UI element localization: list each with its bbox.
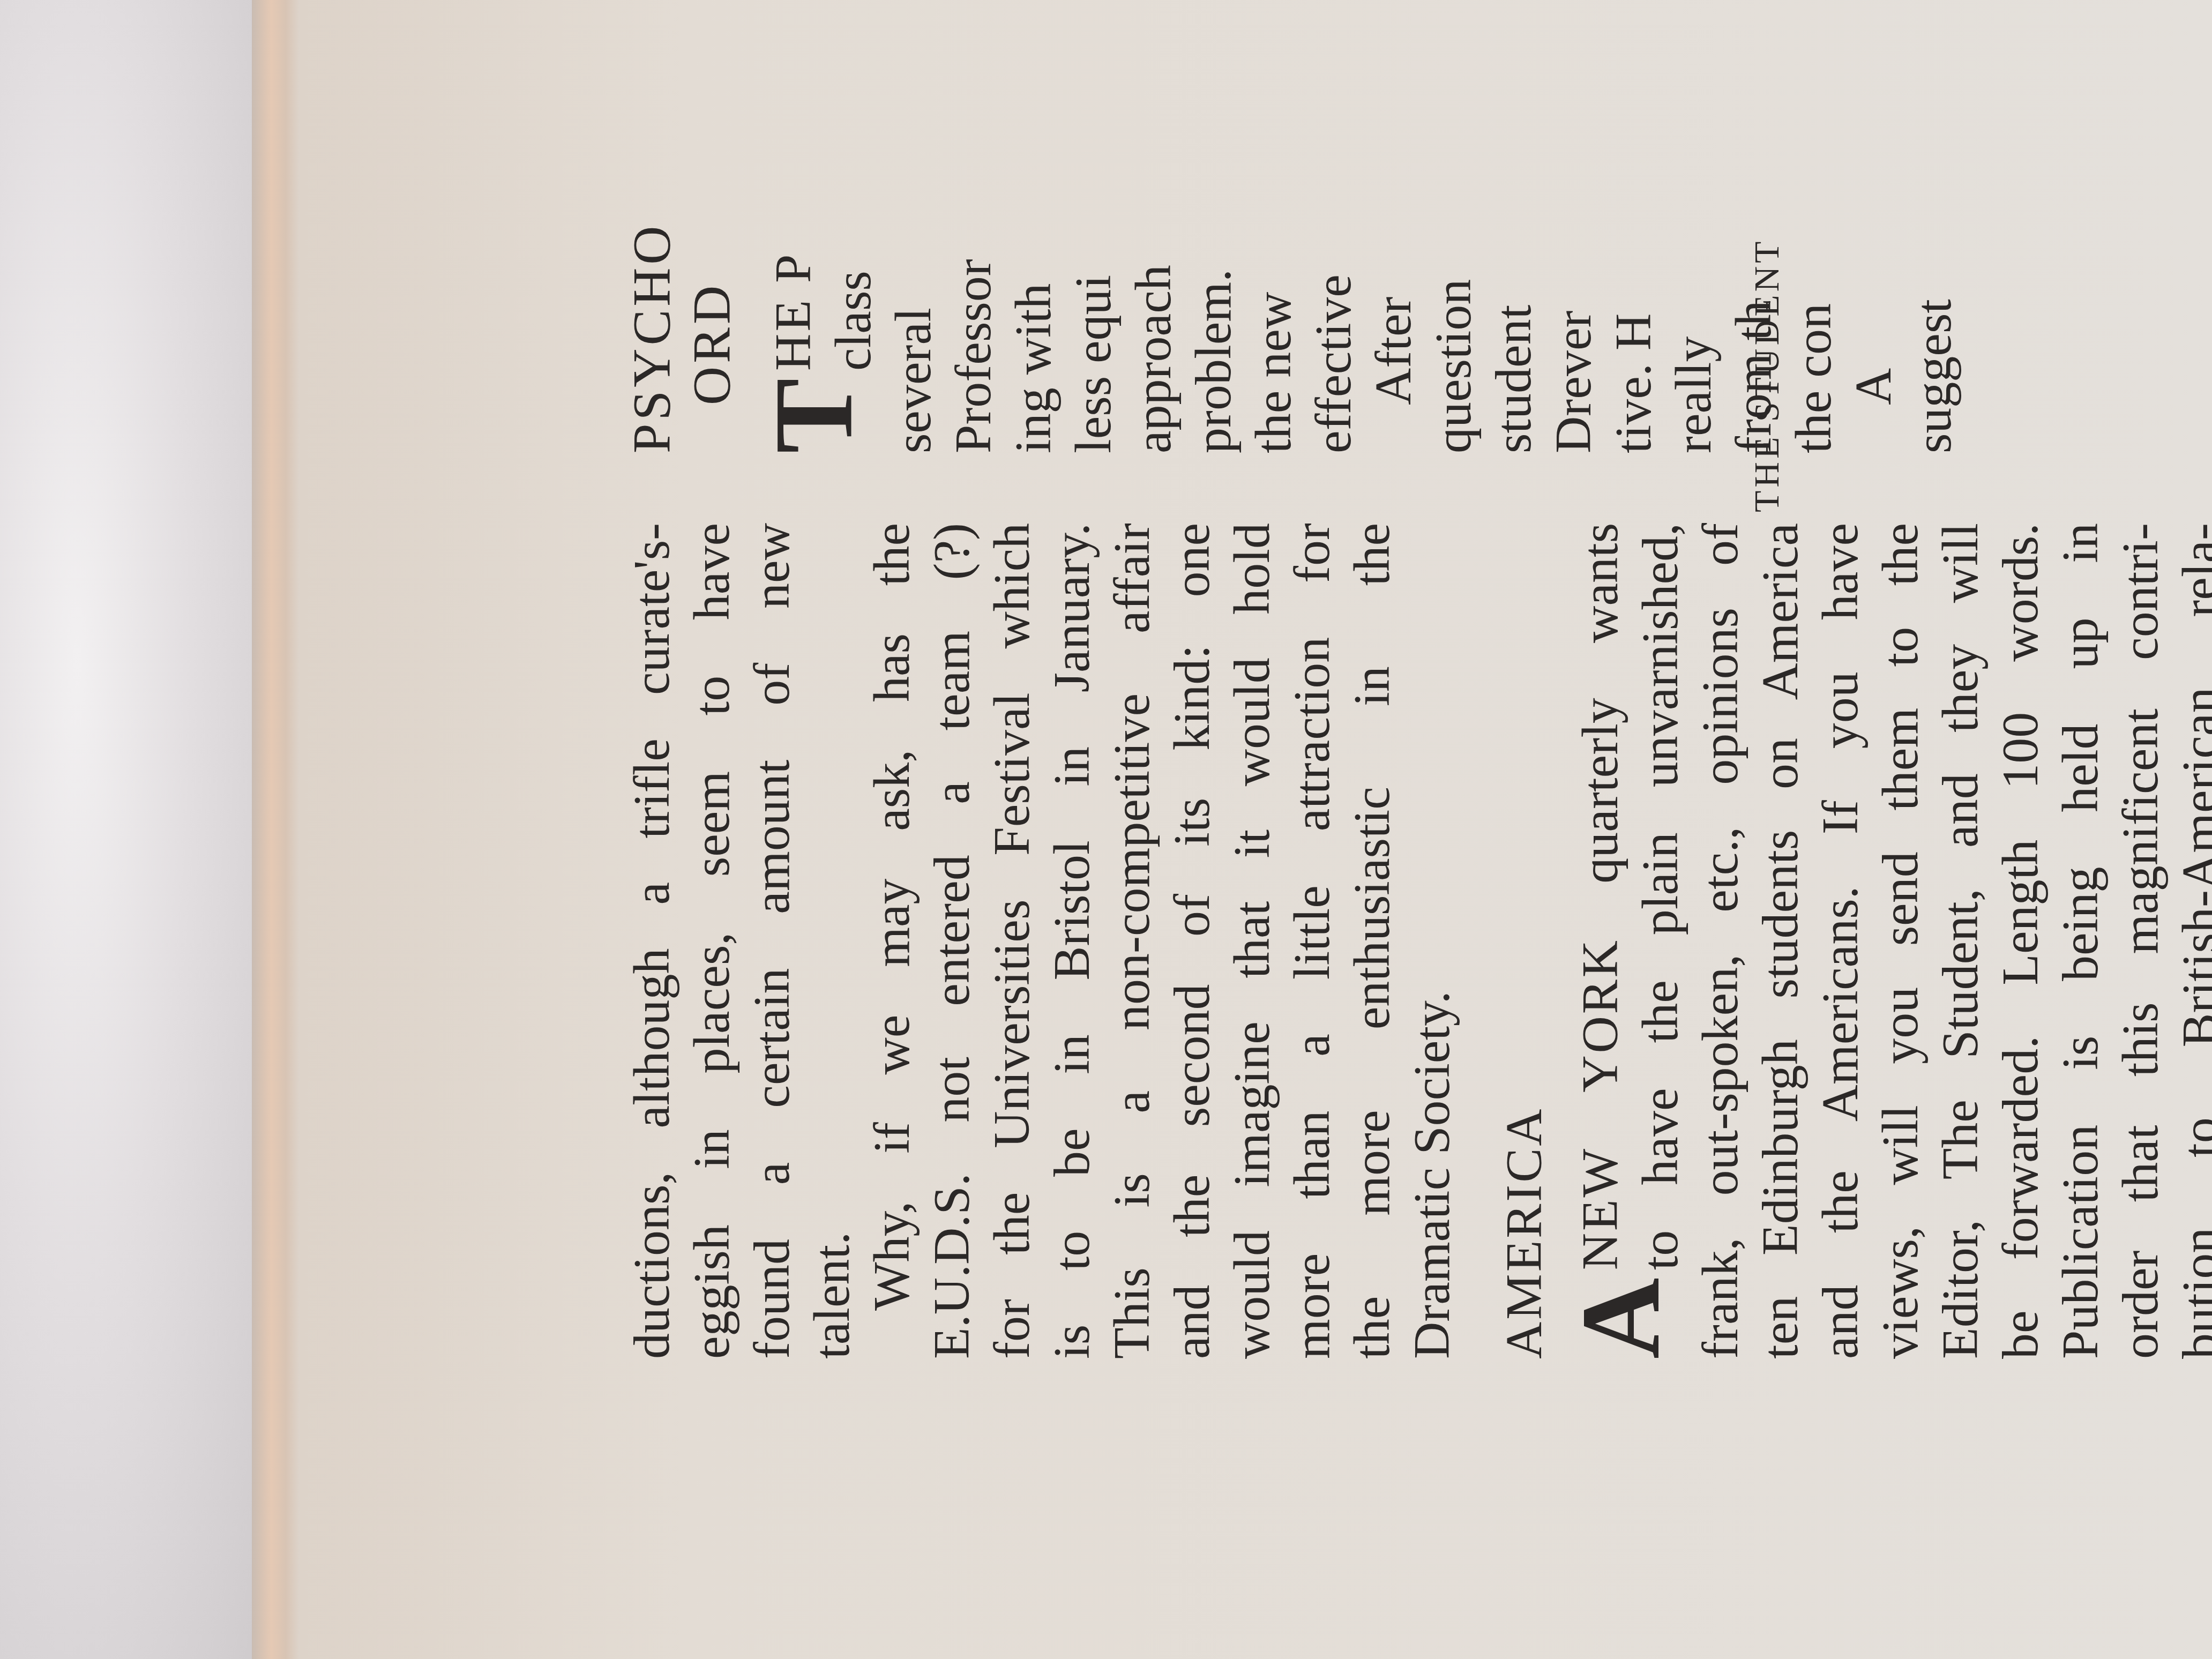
text-line: eggish in places, seem to have [682, 523, 742, 1359]
text-line: A [1843, 0, 1903, 453]
text-line: found a certain amount of new [742, 523, 802, 1359]
text-line: from th [1723, 0, 1783, 453]
text-line: Professor [943, 0, 1003, 453]
text-line: order that this magnificent contri- [2110, 523, 2170, 1359]
text-line: and the second of its kind: one [1162, 523, 1222, 1359]
paragraph-1: ductions, although a trifle curate's- eg… [622, 523, 862, 1359]
text-line: talent. [802, 523, 862, 1359]
text-line: is to be in Bristol in January. [1042, 523, 1102, 1359]
text-line: Dramatic Society. [1402, 523, 1462, 1359]
text-line: Why, if we may ask, has the [862, 523, 922, 1359]
text-line: the more enthusiastic in the [1342, 523, 1402, 1359]
text-line: really [1663, 0, 1723, 453]
rotated-page-content: THE STUDENT ductions, although a trifle … [300, 0, 2212, 1659]
text-line: question [1423, 0, 1483, 453]
text-line: ductions, although a trifle curate's- [622, 523, 682, 1359]
text-line: Publication is being held up in [2050, 523, 2110, 1359]
paragraph-2: Why, if we may ask, has the E.U.D.S. not… [862, 523, 1462, 1359]
text-line: suggest [1903, 0, 1963, 453]
text-line: ing with [1003, 0, 1063, 453]
text-line: and the Americans. If you have [1810, 523, 1870, 1359]
text-line: be forwarded. Length 100 words. [1990, 523, 2050, 1359]
text-line: to have the plain unvarnished, [1630, 523, 1690, 1359]
text-line: more than a little attraction for [1282, 523, 1342, 1359]
drop-cap: A [1570, 1277, 1672, 1359]
text-line: the con [1783, 0, 1843, 453]
text-line: tive. H [1603, 0, 1663, 453]
text-line: several [883, 0, 943, 453]
text-line: student [1483, 0, 1543, 453]
section-heading-line: PSYCHO [622, 0, 682, 453]
text-line: for the Universities Festival which [982, 523, 1042, 1359]
text-line: E.U.D.S. not entered a team (?) [922, 523, 982, 1359]
section-heading-line: ORD [682, 0, 742, 453]
america-paragraph: A NEW YORK quarterly wants to have the p… [1570, 523, 2212, 1359]
text-line: effective [1303, 0, 1363, 453]
left-column: ductions, although a trifle curate's- eg… [622, 523, 2212, 1359]
text-line: Drever [1543, 0, 1603, 453]
section-heading-america: AMERICA [1494, 523, 1554, 1359]
text-line: frank, out-spoken, etc., opinions of [1690, 523, 1750, 1359]
book-gutter-edge [252, 0, 300, 1659]
text-line: the new [1243, 0, 1303, 453]
text-line: bution to British-American rela- [2170, 523, 2212, 1359]
right-column: PSYCHO ORD T HE P class several Professo… [622, 0, 1963, 453]
text-line: This is a non-competitive affair [1102, 523, 1162, 1359]
text-line: would imagine that it would hold [1222, 523, 1282, 1359]
text-line: Editor, The Student, and they will [1930, 523, 1990, 1359]
drop-cap: T [763, 378, 865, 453]
text-line: less equi [1063, 0, 1123, 453]
small-caps-lead: NEW YORK [1571, 938, 1628, 1271]
text-line: problem. [1183, 0, 1243, 453]
text-line: After [1363, 0, 1423, 453]
text-line: ten Edinburgh students on America [1750, 523, 1810, 1359]
text-line: approach [1123, 0, 1183, 453]
text-line: quarterly wants [1571, 523, 1628, 884]
background-cloth [0, 0, 257, 1659]
text-line: views, will you send them to the [1870, 523, 1930, 1359]
right-paragraph: T HE P class several Professor ing with … [763, 0, 1963, 453]
